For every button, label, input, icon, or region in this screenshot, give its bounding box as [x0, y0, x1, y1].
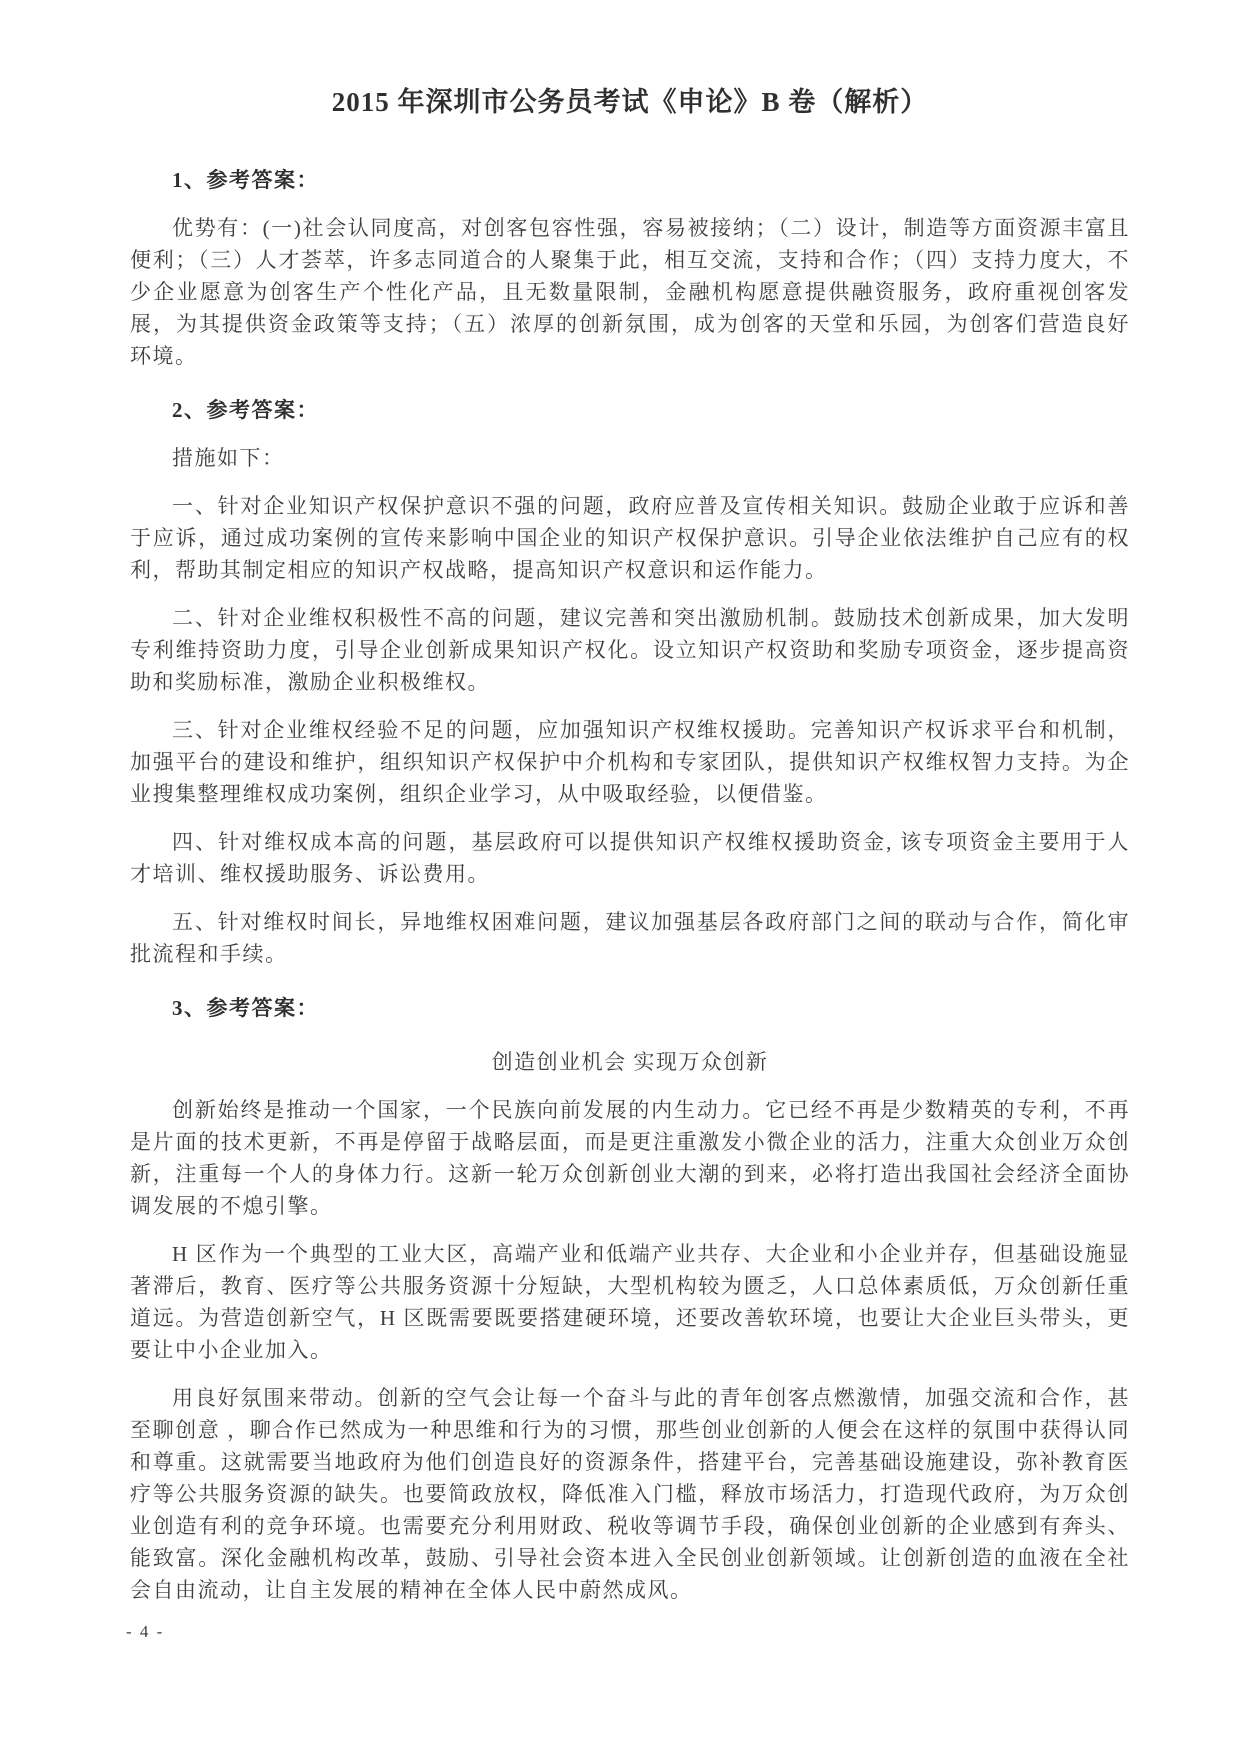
section-answer-1: 1、参考答案： 优势有：(一)社会认同度高，对创客包容性强，容易被接纳；（二）设…: [130, 164, 1130, 372]
section-answer-2: 2、参考答案： 措施如下： 一、针对企业知识产权保护意识不强的问题，政府应普及宣…: [130, 394, 1130, 970]
document-title: 2015 年深圳市公务员考试《申论》B 卷（解析）: [130, 84, 1130, 120]
section-3-paragraph-2: H 区作为一个典型的工业大区，高端产业和低端产业共存、大企业和小企业并存，但基础…: [130, 1238, 1130, 1366]
section-2-paragraph-measure-1: 一、针对企业知识产权保护意识不强的问题，政府应普及宣传相关知识。鼓励企业敢于应诉…: [130, 490, 1130, 586]
section-2-paragraph-measure-4: 四、针对维权成本高的问题，基层政府可以提供知识产权维权援助资金, 该专项资金主要…: [130, 826, 1130, 890]
section-2-paragraph-intro: 措施如下：: [130, 442, 1130, 474]
essay-title: 创造创业机会 实现万众创新: [130, 1046, 1130, 1078]
section-2-paragraph-measure-2: 二、针对企业维权积极性不高的问题，建议完善和突出激励机制。鼓励技术创新成果，加大…: [130, 602, 1130, 698]
section-3-paragraph-1: 创新始终是推动一个国家，一个民族向前发展的内生动力。它已经不再是少数精英的专利，…: [130, 1094, 1130, 1222]
section-2-paragraph-measure-5: 五、针对维权时间长，异地维权困难问题，建议加强基层各政府部门之间的联动与合作，简…: [130, 906, 1130, 970]
section-3-paragraph-3: 用良好氛围来带动。创新的空气会让每一个奋斗与此的青年创客点燃激情，加强交流和合作…: [130, 1382, 1130, 1606]
document-page: 2015 年深圳市公务员考试《申论》B 卷（解析） 1、参考答案： 优势有：(一…: [0, 0, 1240, 1754]
section-2-heading: 2、参考答案：: [130, 394, 1130, 426]
section-2-paragraph-measure-3: 三、针对企业维权经验不足的问题，应加强知识产权维权援助。完善知识产权诉求平台和机…: [130, 714, 1130, 810]
section-1-paragraph: 优势有：(一)社会认同度高，对创客包容性强，容易被接纳；（二）设计，制造等方面资…: [130, 212, 1130, 372]
section-1-heading: 1、参考答案：: [130, 164, 1130, 196]
page-number: - 4 -: [126, 1622, 1130, 1642]
section-3-heading: 3、参考答案：: [130, 992, 1130, 1024]
section-answer-3: 3、参考答案： 创造创业机会 实现万众创新 创新始终是推动一个国家，一个民族向前…: [130, 992, 1130, 1606]
